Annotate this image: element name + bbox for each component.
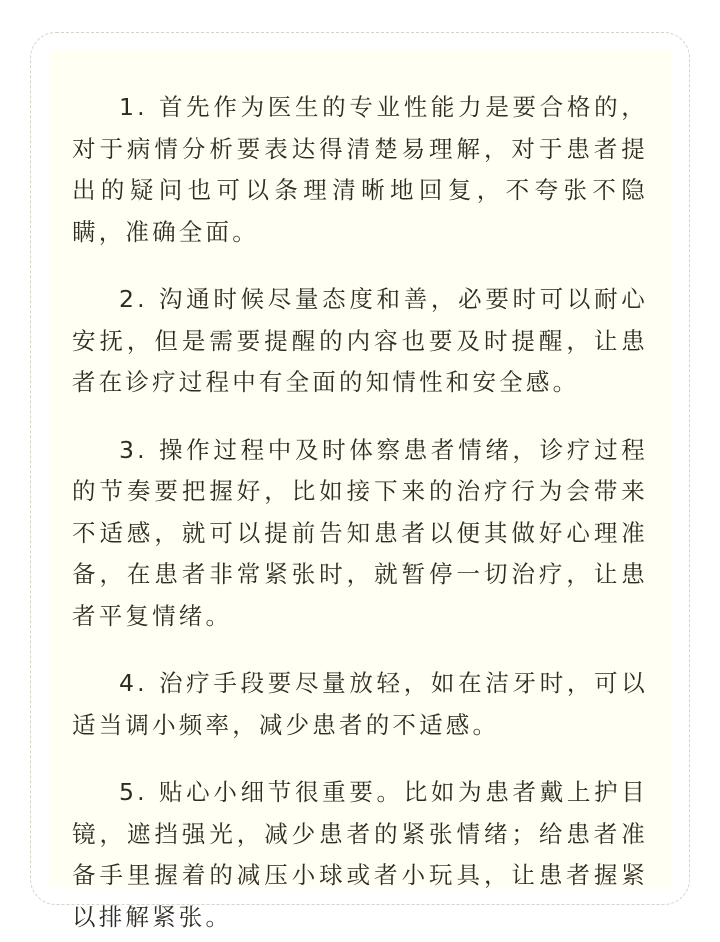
paragraph-1: 1. 首先作为医生的专业性能力是要合格的，对于病情分析要表达得清楚易理解，对于患… <box>72 87 648 253</box>
article-body: 1. 首先作为医生的专业性能力是要合格的，对于病情分析要表达得清楚易理解，对于患… <box>72 87 648 938</box>
paragraph-4: 4. 治疗手段要尽量放轻，如在洁牙时，可以适当调小频率，减少患者的不适感。 <box>72 663 648 746</box>
paragraph-5: 5. 贴心小细节很重要。比如为患者戴上护目镜，遮挡强光，减少患者的紧张情绪；给患… <box>72 772 648 938</box>
paragraph-2: 2. 沟通时候尽量态度和善，必要时可以耐心安抚，但是需要提醒的内容也要及时提醒，… <box>72 279 648 404</box>
paragraph-3: 3. 操作过程中及时体察患者情绪，诊疗过程的节奏要把握好，比如接下来的治疗行为会… <box>72 430 648 638</box>
